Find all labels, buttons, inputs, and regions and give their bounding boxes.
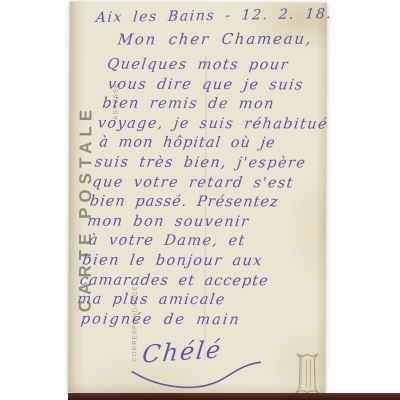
table-edge-strip <box>68 393 400 400</box>
handwritten-line: bien remis de mon <box>101 95 328 116</box>
handwritten-body: Quelques mots pour vous dire que je suis… <box>74 56 334 331</box>
handwritten-line: Quelques mots pour <box>106 56 333 77</box>
handwritten-line: vous dire que je suis <box>106 75 330 96</box>
handwritten-line: bien passé. Présentez <box>89 193 316 214</box>
handwritten-message: Aix les Bains - 12. 2. 18. Mon cher Cham… <box>68 1 327 393</box>
handwritten-line: à votre Dame, et <box>88 232 311 253</box>
handwritten-line: camarades et accepte <box>79 271 306 292</box>
handwritten-dateline: Aix les Bains - 12. 2. 18. <box>95 6 326 26</box>
handwritten-line: voyage, je suis réhabitué <box>96 114 325 135</box>
handwritten-salutation: Mon cher Chameau, <box>117 30 314 49</box>
postcard-back: CARTE POSTALE ADRESSE CORRESPONDANCE L. … <box>68 1 327 393</box>
signature-flourish <box>128 354 278 395</box>
handwritten-line: bien le bonjour aux <box>81 251 308 272</box>
handwritten-line: suis très bien, j'espère <box>94 154 321 175</box>
handwritten-line: poignée de main <box>80 310 301 331</box>
postcard-photo: CARTE POSTALE ADRESSE CORRESPONDANCE L. … <box>0 0 400 400</box>
handwritten-line: que votre retard s'est <box>91 173 318 194</box>
handwritten-line: mon bon souvenir <box>86 212 313 233</box>
handwritten-line: ma plus amicale <box>76 291 303 312</box>
handwritten-line: à mon hôpital où je <box>98 134 323 155</box>
